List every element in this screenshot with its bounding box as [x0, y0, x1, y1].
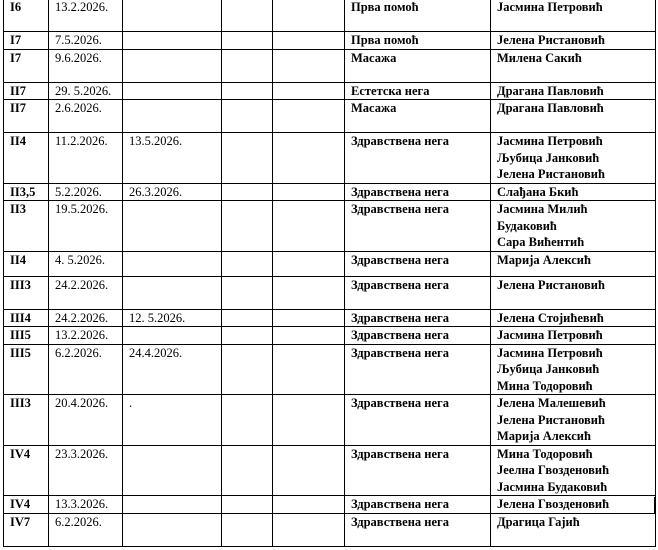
subject-cell: Здравствена нега: [345, 201, 491, 252]
date-cell-1: 24.2.2026.: [49, 276, 123, 309]
date-cell-1: 29. 5.2026.: [49, 82, 123, 100]
date-cell-1: 23.3.2026.: [49, 445, 123, 496]
teacher-name: Јасмина Петровић: [497, 0, 655, 16]
empty-cell: [222, 82, 273, 100]
date-cell-2: [123, 82, 222, 100]
table-row: III324.2.2026.Здравствена негаЈелена Рис…: [4, 276, 656, 309]
empty-cell: [273, 395, 345, 446]
teachers-cell: Јелена Ристановић: [491, 32, 656, 50]
date-cell-2: 26.3.2026.: [123, 183, 222, 201]
subject-cell: Естетска нега: [345, 82, 491, 100]
teachers-cell: Драгана Павловић: [491, 82, 656, 100]
teacher-name: Мина Тодоровић: [497, 446, 655, 463]
date-cell-2: 24.4.2026.: [123, 344, 222, 395]
teacher-name: Јелена Гвозденовић: [497, 496, 655, 513]
empty-cell: [273, 445, 345, 496]
teacher-name: Јелена Стојићевић: [497, 310, 655, 327]
teacher-name: Драгица Гајић: [497, 514, 655, 531]
teacher-name: Јелена Ристановић: [497, 277, 655, 294]
empty-cell: [273, 513, 345, 546]
subject-cell: Здравствена нега: [345, 309, 491, 327]
table-row: II44. 5.2026.Здравствена негаМарија Алек…: [4, 251, 656, 276]
class-code-cell: II4: [4, 133, 49, 184]
teacher-name: Будаковић: [497, 218, 655, 235]
date-cell-2: .: [123, 395, 222, 446]
table-row: II411.2.2026.13.5.2026.Здравствена негаЈ…: [4, 133, 656, 184]
empty-cell: [222, 0, 273, 32]
table-row: I77.5.2026.Прва помоћЈелена Ристановић: [4, 32, 656, 50]
teacher-name: Јасмина Петровић: [497, 327, 655, 344]
class-code-cell: III4: [4, 309, 49, 327]
table-row: IV423.3.2026.Здравствена негаМина Тодоро…: [4, 445, 656, 496]
date-cell-2: [123, 513, 222, 546]
empty-cell: [222, 395, 273, 446]
date-cell-1: 9.6.2026.: [49, 49, 123, 82]
empty-cell: [222, 32, 273, 50]
table-row: III56.2.2026.24.4.2026.Здравствена негаЈ…: [4, 344, 656, 395]
table-row: II729. 5.2026.Естетска негаДрагана Павло…: [4, 82, 656, 100]
empty-cell: [222, 183, 273, 201]
empty-cell: [222, 496, 273, 514]
empty-cell: [222, 309, 273, 327]
date-cell-2: [123, 32, 222, 50]
date-cell-2: 12. 5.2026.: [123, 309, 222, 327]
teachers-cell: Марија Алексић: [491, 251, 656, 276]
teacher-name: Сара Вићентић: [497, 234, 655, 251]
date-cell-2: [123, 201, 222, 252]
teacher-name: Јелена Ристановић: [497, 32, 655, 49]
subject-cell: Здравствена нега: [345, 445, 491, 496]
class-code-cell: III3: [4, 395, 49, 446]
teachers-cell: Милена Сакић: [491, 49, 656, 82]
class-code-cell: II7: [4, 100, 49, 133]
teacher-name: Јасмина Петровић: [497, 133, 655, 150]
date-cell-1: 13.2.2026.: [49, 0, 123, 32]
class-code-cell: I6: [4, 0, 49, 32]
subject-cell: Здравствена нега: [345, 344, 491, 395]
teachers-cell: Јелена МалешевићЈелена РистановићМарија …: [491, 395, 656, 446]
empty-cell: [222, 445, 273, 496]
subject-cell: Масажа: [345, 49, 491, 82]
stray-border-mark: [654, 497, 656, 513]
schedule-table: I613.2.2026.Прва помоћЈасмина ПетровићI7…: [3, 0, 656, 547]
teachers-cell: Драгана Павловић: [491, 100, 656, 133]
date-cell-1: 13.2.2026.: [49, 327, 123, 345]
date-cell-2: [123, 276, 222, 309]
table-row: III320.4.2026..Здравствена негаЈелена Ма…: [4, 395, 656, 446]
class-code-cell: IV4: [4, 496, 49, 514]
empty-cell: [222, 201, 273, 252]
teacher-name: Љубица Јанковић: [497, 150, 655, 167]
empty-cell: [222, 344, 273, 395]
empty-cell: [273, 496, 345, 514]
date-cell-2: 13.5.2026.: [123, 133, 222, 184]
empty-cell: [273, 327, 345, 345]
date-cell-1: 6.2.2026.: [49, 344, 123, 395]
teacher-name: Слађана Бкић: [497, 184, 655, 201]
teachers-cell: Јелена Ристановић: [491, 276, 656, 309]
teachers-cell: Драгица Гајић: [491, 513, 656, 546]
date-cell-2: [123, 251, 222, 276]
empty-cell: [273, 100, 345, 133]
table-row: II72.6.2026.МасажаДрагана Павловић: [4, 100, 656, 133]
teachers-cell: Јелена Гвозденовић: [491, 496, 656, 514]
empty-cell: [222, 49, 273, 82]
date-cell-1: 7.5.2026.: [49, 32, 123, 50]
date-cell-1: 5.2.2026.: [49, 183, 123, 201]
empty-cell: [222, 513, 273, 546]
date-cell-2: [123, 0, 222, 32]
subject-cell: Здравствена нега: [345, 395, 491, 446]
schedule-table-body: I613.2.2026.Прва помоћЈасмина ПетровићI7…: [4, 0, 656, 546]
empty-cell: [273, 201, 345, 252]
subject-cell: Здравствена нега: [345, 276, 491, 309]
date-cell-1: 4. 5.2026.: [49, 251, 123, 276]
subject-cell: Здравствена нега: [345, 133, 491, 184]
teacher-name: Јасмина Петровић: [497, 345, 655, 362]
date-cell-2: [123, 327, 222, 345]
empty-cell: [273, 49, 345, 82]
empty-cell: [273, 133, 345, 184]
subject-cell: Здравствена нега: [345, 183, 491, 201]
empty-cell: [273, 32, 345, 50]
table-row: I79.6.2026.МасажаМилена Сакић: [4, 49, 656, 82]
date-cell-2: [123, 100, 222, 133]
teacher-name: Јасмина Милић: [497, 201, 655, 218]
subject-cell: Масажа: [345, 100, 491, 133]
date-cell-2: [123, 445, 222, 496]
date-cell-1: 11.2.2026.: [49, 133, 123, 184]
date-cell-1: 19.5.2026.: [49, 201, 123, 252]
teacher-name: Марија Алексић: [497, 252, 655, 269]
table-row: I613.2.2026.Прва помоћЈасмина Петровић: [4, 0, 656, 32]
class-code-cell: II3,5: [4, 183, 49, 201]
date-cell-1: 24.2.2026.: [49, 309, 123, 327]
teachers-cell: Јелена Стојићевић: [491, 309, 656, 327]
teacher-name: Јелена Малешевић: [497, 395, 655, 412]
table-row: III513.2.2026.Здравствена негаЈасмина Пе…: [4, 327, 656, 345]
teacher-name: Драгана Павловић: [497, 100, 655, 117]
empty-cell: [222, 251, 273, 276]
class-code-cell: IV7: [4, 513, 49, 546]
date-cell-1: 6.2.2026.: [49, 513, 123, 546]
table-row: IV413.3.2026.Здравствена негаЈелена Гвоз…: [4, 496, 656, 514]
teacher-name: Марија Алексић: [497, 428, 655, 445]
subject-cell: Прва помоћ: [345, 32, 491, 50]
empty-cell: [273, 251, 345, 276]
teacher-name: Милена Сакић: [497, 50, 655, 67]
class-code-cell: III5: [4, 344, 49, 395]
class-code-cell: III3: [4, 276, 49, 309]
empty-cell: [222, 133, 273, 184]
teacher-name: Јасмина Будаковић: [497, 479, 655, 496]
empty-cell: [273, 82, 345, 100]
date-cell-1: 13.3.2026.: [49, 496, 123, 514]
table-row: II3,55.2.2026.26.3.2026.Здравствена нега…: [4, 183, 656, 201]
teachers-cell: Јасмина ПетровићЉубица ЈанковићЈелена Ри…: [491, 133, 656, 184]
empty-cell: [222, 276, 273, 309]
subject-cell: Прва помоћ: [345, 0, 491, 32]
empty-cell: [273, 276, 345, 309]
teachers-cell: Јасмина МилићБудаковићСара Вићентић: [491, 201, 656, 252]
date-cell-1: 2.6.2026.: [49, 100, 123, 133]
teacher-name: Драгана Павловић: [497, 83, 655, 100]
class-code-cell: I7: [4, 49, 49, 82]
class-code-cell: II4: [4, 251, 49, 276]
class-code-cell: I7: [4, 32, 49, 50]
empty-cell: [222, 327, 273, 345]
empty-cell: [222, 100, 273, 133]
subject-cell: Здравствена нега: [345, 513, 491, 546]
teacher-name: Јелена Ристановић: [497, 412, 655, 429]
teacher-name: Јеелна Гвозденовић: [497, 462, 655, 479]
teachers-cell: Мина ТодоровићЈеелна ГвозденовићЈасмина …: [491, 445, 656, 496]
class-code-cell: II3: [4, 201, 49, 252]
subject-cell: Здравствена нега: [345, 496, 491, 514]
empty-cell: [273, 309, 345, 327]
teacher-name: Јелена Ристановић: [497, 166, 655, 183]
subject-cell: Здравствена нега: [345, 327, 491, 345]
subject-cell: Здравствена нега: [345, 251, 491, 276]
teachers-cell: Јасмина Петровић: [491, 327, 656, 345]
class-code-cell: II7: [4, 82, 49, 100]
teacher-name: Љубица Јанковић: [497, 361, 655, 378]
table-row: III424.2.2026.12. 5.2026.Здравствена нег…: [4, 309, 656, 327]
empty-cell: [273, 183, 345, 201]
class-code-cell: IV4: [4, 445, 49, 496]
teachers-cell: Слађана Бкић: [491, 183, 656, 201]
empty-cell: [273, 0, 345, 32]
class-code-cell: III5: [4, 327, 49, 345]
teachers-cell: Јасмина Петровић: [491, 0, 656, 32]
date-cell-2: [123, 496, 222, 514]
teacher-name: Мина Тодоровић: [497, 378, 655, 395]
table-row: IV76.2.2026.Здравствена негаДрагица Гаји…: [4, 513, 656, 546]
teachers-cell: Јасмина ПетровићЉубица ЈанковићМина Тодо…: [491, 344, 656, 395]
table-row: II319.5.2026.Здравствена негаЈасмина Мил…: [4, 201, 656, 252]
date-cell-2: [123, 49, 222, 82]
date-cell-1: 20.4.2026.: [49, 395, 123, 446]
empty-cell: [273, 344, 345, 395]
